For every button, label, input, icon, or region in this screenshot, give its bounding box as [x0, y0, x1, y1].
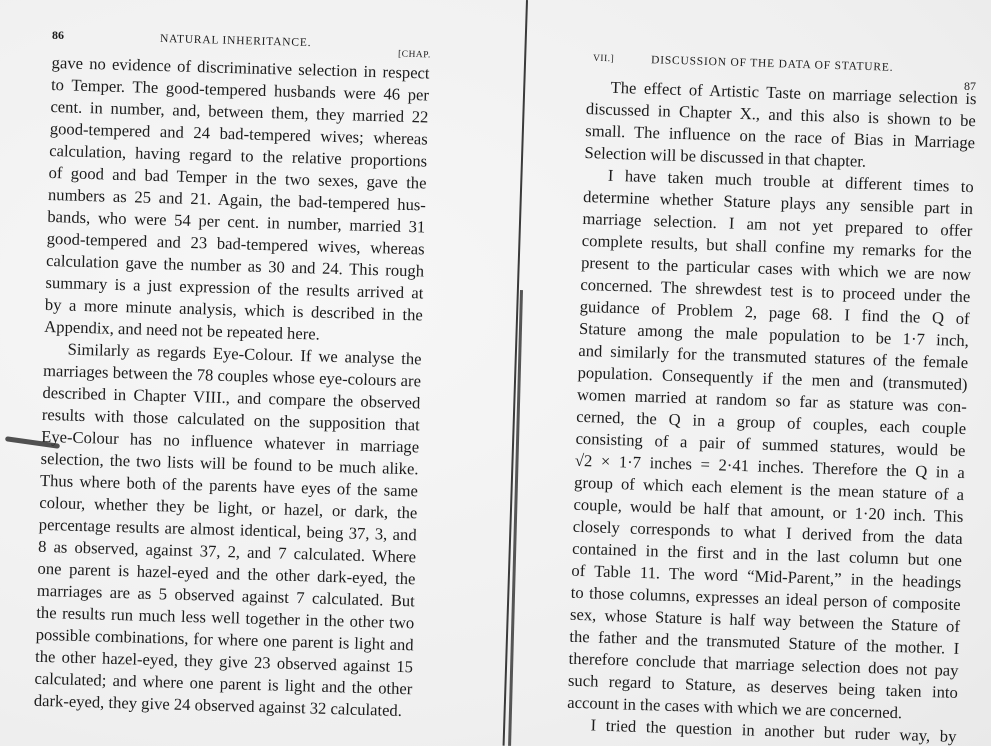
right-body-text: The effect of Artistic Taste on marriage… [566, 76, 977, 746]
left-running-head: NATURAL INHERITANCE. [160, 33, 312, 49]
book-spread: 86 NATURAL INHERITANCE. [CHAP. gave no e… [0, 0, 991, 746]
left-chapter-mark: [CHAP. [398, 50, 431, 61]
left-body-text: gave no evidence of discriminative selec… [34, 52, 430, 722]
left-page: 86 NATURAL INHERITANCE. [CHAP. gave no e… [0, 0, 505, 746]
right-chapter-mark: VII.] [593, 54, 615, 65]
right-page: VII.] DISCUSSION OF THE DATA OF STATURE.… [505, 0, 991, 746]
right-running-head: DISCUSSION OF THE DATA OF STATURE. [651, 54, 894, 74]
left-page-number: 86 [52, 28, 64, 43]
